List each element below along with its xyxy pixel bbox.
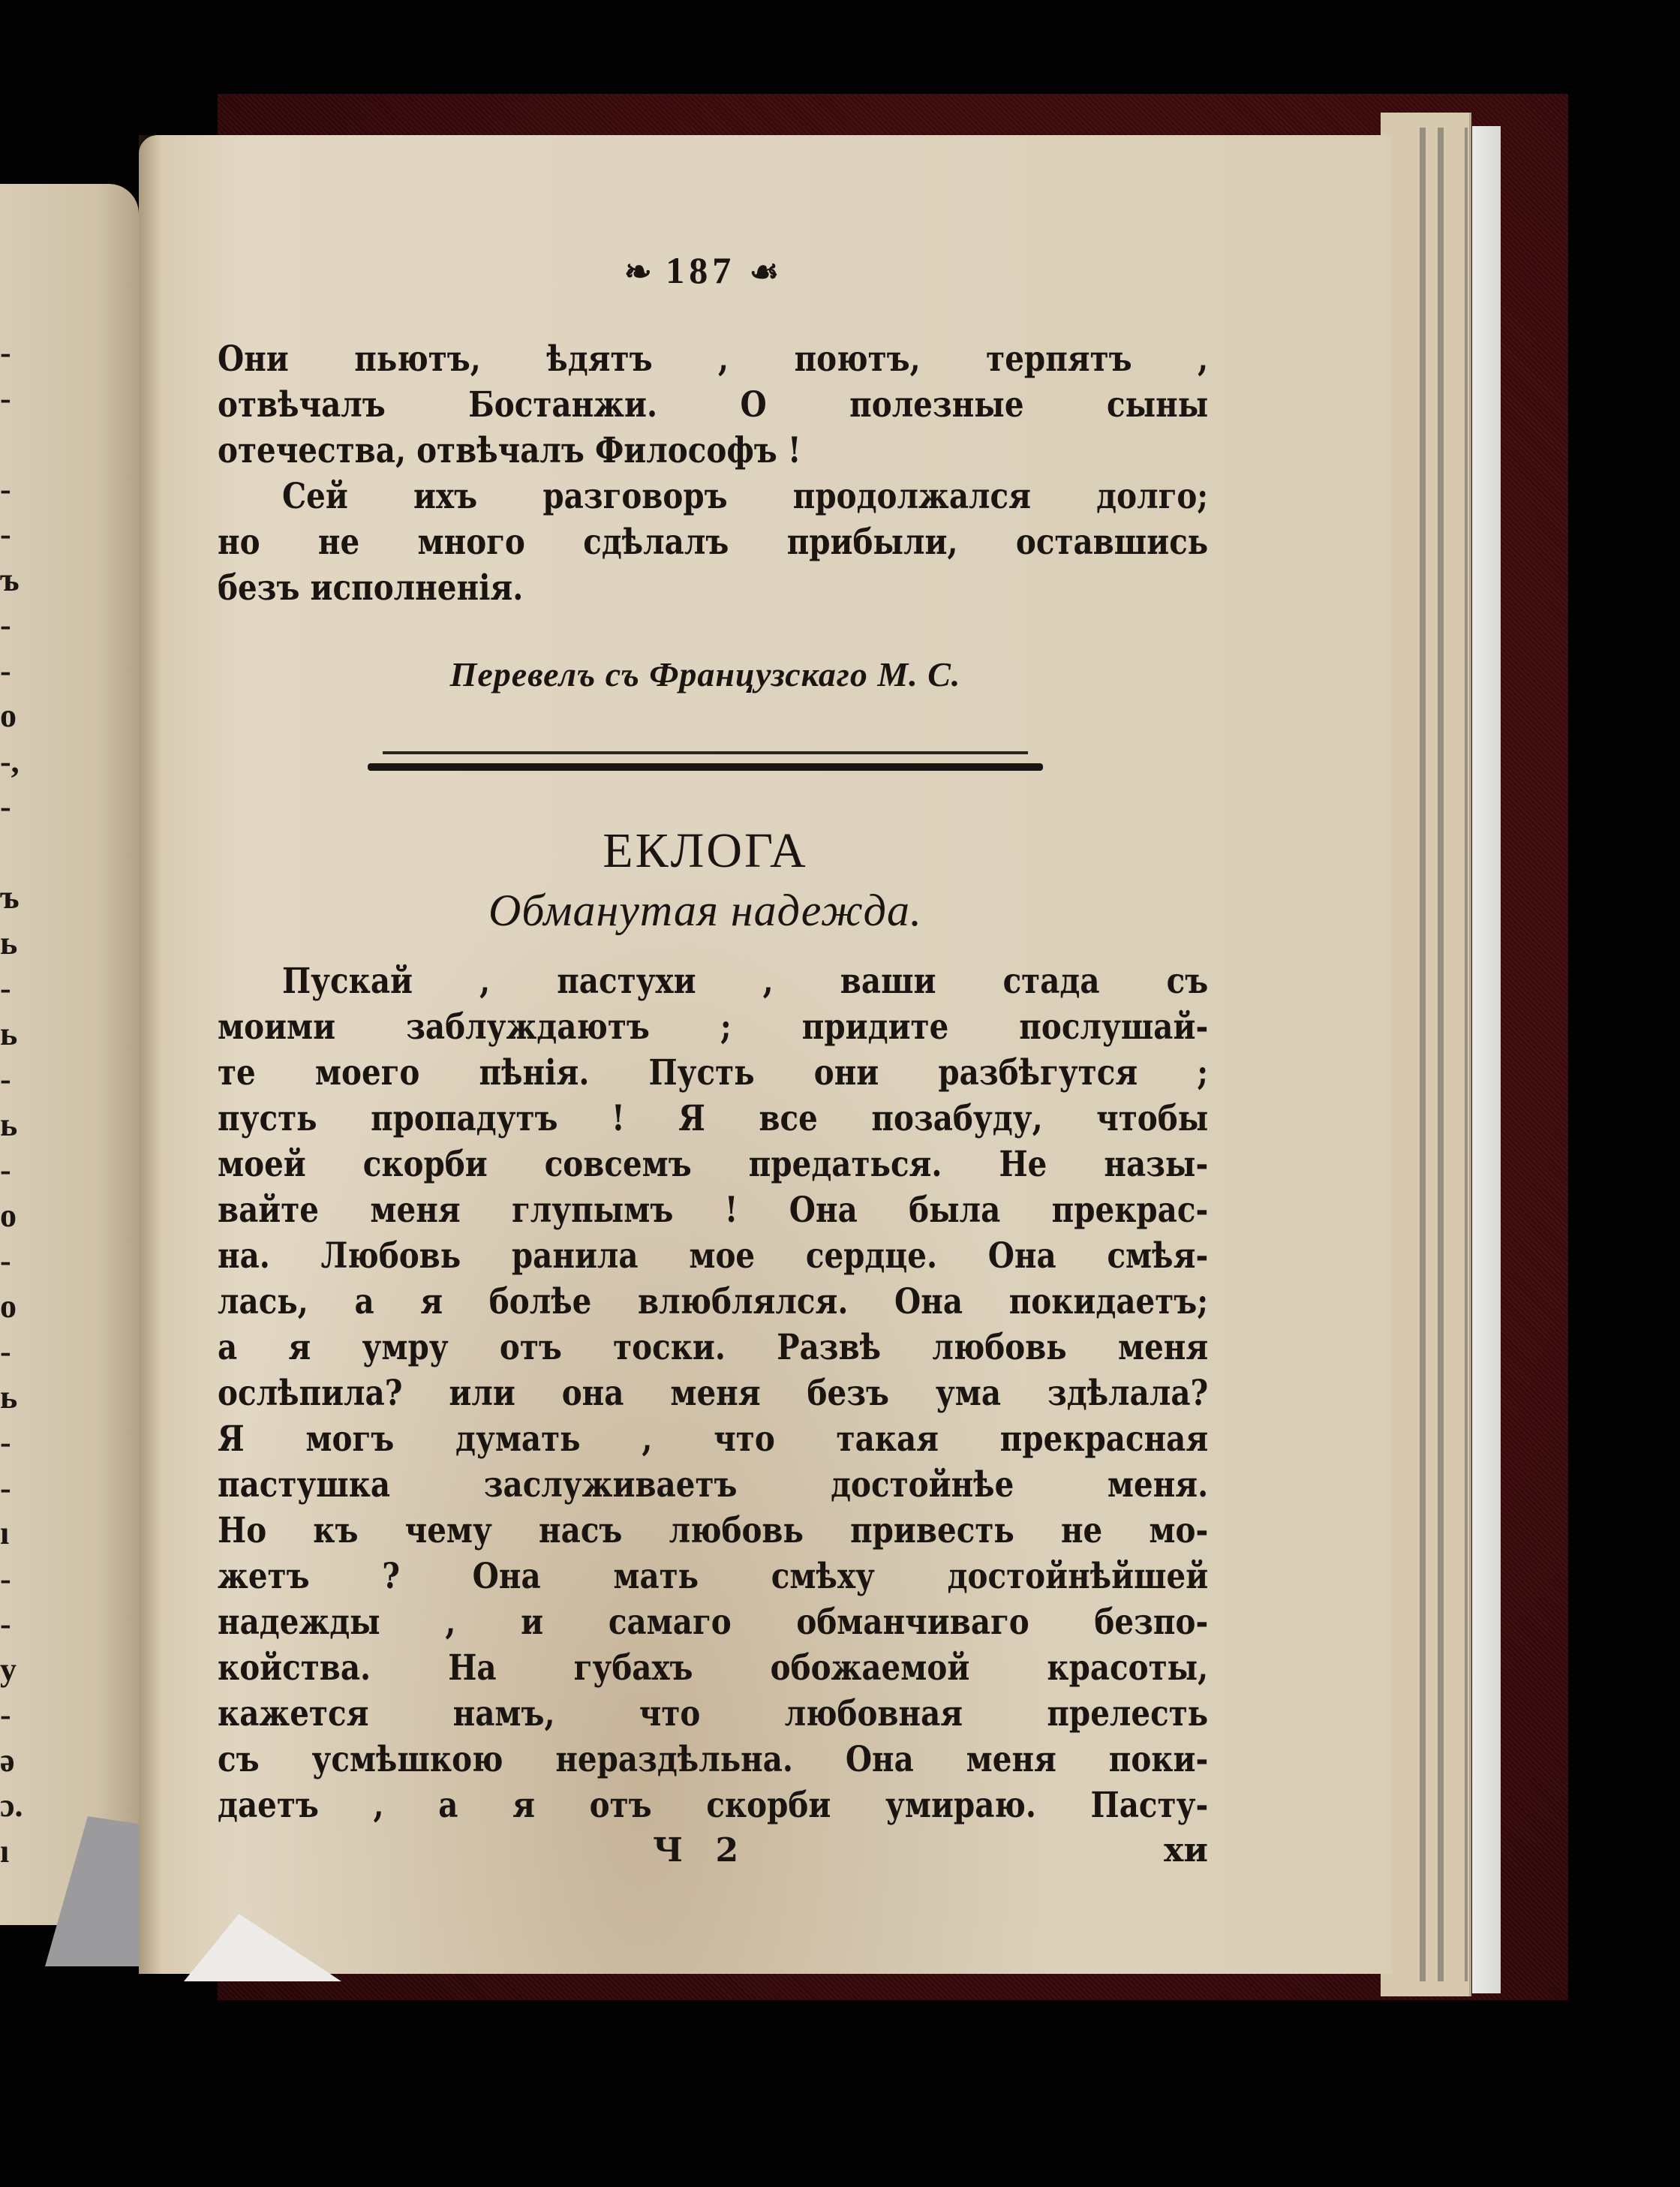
text-line: Пускай , пастухи , ваши стада съ (218, 958, 1208, 1004)
left-fragment-char: ı (0, 1829, 30, 1875)
page-number: 187 (666, 249, 735, 291)
torn-corner (184, 1914, 341, 1981)
page-header: ❧ 187 ☙ (195, 240, 1208, 300)
text-line: моими заблуждаютъ ; придите послушай- (218, 1004, 1208, 1050)
divider-thin-line (383, 751, 1028, 754)
left-fragment-char: - (0, 648, 30, 694)
left-fragment-char: - (0, 1148, 30, 1193)
text-line: пусть пропадутъ ! Я все позабуду, чтобы (218, 1096, 1208, 1142)
left-fragment-char: ь (0, 1103, 30, 1148)
section-title: ЕКЛОГА (203, 822, 1208, 880)
fleuron-icon: ☙ (750, 254, 779, 290)
text-line: на. Любовь ранила мое сердце. Она смѣя- (218, 1233, 1208, 1279)
page-edges-stack (1381, 113, 1471, 1996)
text-line: Я могъ думать , что такая прекрасная (218, 1416, 1208, 1462)
left-fragment-char: ь (0, 1375, 30, 1421)
left-fragment-char (0, 830, 30, 876)
paragraph-conclusion: Сей ихъ разговоръ продолжался долго; но … (218, 474, 1208, 611)
text-line: надежды , и самаго обманчиваго безпо- (218, 1599, 1208, 1645)
section-subtitle: Обманутая надежда. (203, 880, 1208, 940)
left-fragment-char: - (0, 603, 30, 648)
left-fragment-char: о (0, 693, 30, 739)
divider-thick-line (368, 763, 1043, 771)
text-line: даетъ , а я отъ скорби умираю. Пасту- (218, 1782, 1208, 1828)
left-fragment-char: - (0, 1420, 30, 1466)
text-line: съ усмѣшкою нераздѣльна. Она меня поки- (218, 1737, 1208, 1782)
text-line: но не много сдѣлалъ прибыли, оставшись (218, 519, 1208, 565)
left-page-text-fragments: ----ъ--о-,-ъь-ь-ь-о-о-ь--ı--у-əɔ.ı (0, 330, 30, 1874)
left-fragment-char: ъ (0, 558, 30, 603)
left-fragment-char: - (0, 1329, 30, 1375)
spine-shadow (139, 135, 161, 1974)
left-fragment-char: -, (0, 739, 30, 785)
text-line: койства. На губахъ обожаемой красоты, (218, 1645, 1208, 1691)
text-line: отвѣчалъ Бостанжи. О полезные сыны (218, 382, 1208, 428)
page-footer: Ч 2 хи (218, 1831, 1208, 1879)
left-fragment-char: у (0, 1647, 30, 1693)
left-fragment-char: ь (0, 921, 30, 967)
translator-credit: Перевелъ съ Французскаго М. С. (203, 654, 1208, 694)
white-backing-sheet (1472, 126, 1501, 1993)
text-line: а я умру отъ тоски. Развѣ любовь меня (218, 1325, 1208, 1370)
left-fragment-char: ə (0, 1738, 30, 1784)
text-line: Сей ихъ разговоръ продолжался долго; (218, 474, 1208, 519)
left-fragment-char: о (0, 1193, 30, 1239)
text-line: ослѣпила? или она меня безъ ума здѣлала? (218, 1370, 1208, 1416)
page-edge-line (1420, 128, 1426, 1981)
text-line: Они пьютъ, ѣдятъ , поютъ, терпятъ , (218, 336, 1208, 382)
text-line: кажется намъ, что любовная прелесть (218, 1691, 1208, 1737)
text-line: моей скорби совсемъ предаться. Не назы- (218, 1142, 1208, 1187)
paragraph-eclogue: Пускай , пастухи , ваши стада съ моими з… (218, 958, 1208, 1828)
text-line: те моего пѣнія. Пусть они разбѣгутся ; (218, 1050, 1208, 1096)
left-fragment-char: - (0, 467, 30, 513)
left-fragment-char: - (0, 1057, 30, 1103)
page-edge-line (1465, 128, 1468, 1981)
left-fragment-char (0, 421, 30, 467)
left-fragment-char: - (0, 1238, 30, 1284)
signature-mark: Ч 2 (653, 1831, 749, 1870)
left-fragment-char: ı (0, 1511, 30, 1557)
text-line: безъ исполненія. (218, 565, 1208, 611)
left-fragment-char: - (0, 376, 30, 422)
left-fragment-char: ь (0, 1012, 30, 1057)
text-line: вайте меня глупымъ ! Она была прекрас- (218, 1187, 1208, 1233)
paragraph-dialogue: Они пьютъ, ѣдятъ , поютъ, терпятъ , отвѣ… (218, 336, 1208, 474)
page-text-block: ❧ 187 ☙ Они пьютъ, ѣдятъ , поютъ, терпят… (218, 240, 1208, 1879)
text-line: пастушка заслуживаетъ достойнѣе меня. (218, 1462, 1208, 1508)
left-fragment-char: - (0, 1557, 30, 1602)
left-fragment-char: - (0, 1466, 30, 1512)
left-fragment-char: ɔ. (0, 1783, 30, 1829)
catchword: хи (1164, 1831, 1208, 1870)
left-fragment-char: - (0, 966, 30, 1012)
page-edge-line (1438, 128, 1444, 1981)
text-line: отечества, отвѣчалъ Философъ ! (218, 428, 1208, 474)
left-fragment-char: - (0, 512, 30, 558)
left-fragment-char: - (0, 784, 30, 830)
left-fragment-char: - (0, 1692, 30, 1738)
left-fragment-char: - (0, 1602, 30, 1647)
left-fragment-char: о (0, 1284, 30, 1330)
left-fragment-char: ъ (0, 875, 30, 921)
fleuron-icon: ❧ (624, 254, 652, 290)
text-line: Но къ чему насъ любовь привесть не мо- (218, 1508, 1208, 1554)
section-divider-rule (368, 745, 1043, 772)
left-fragment-char: - (0, 330, 30, 376)
text-line: лась, а я болѣе влюблялся. Она покидаетъ… (218, 1279, 1208, 1325)
text-line: жетъ ? Она мать смѣху достойнѣйшей (218, 1554, 1208, 1599)
